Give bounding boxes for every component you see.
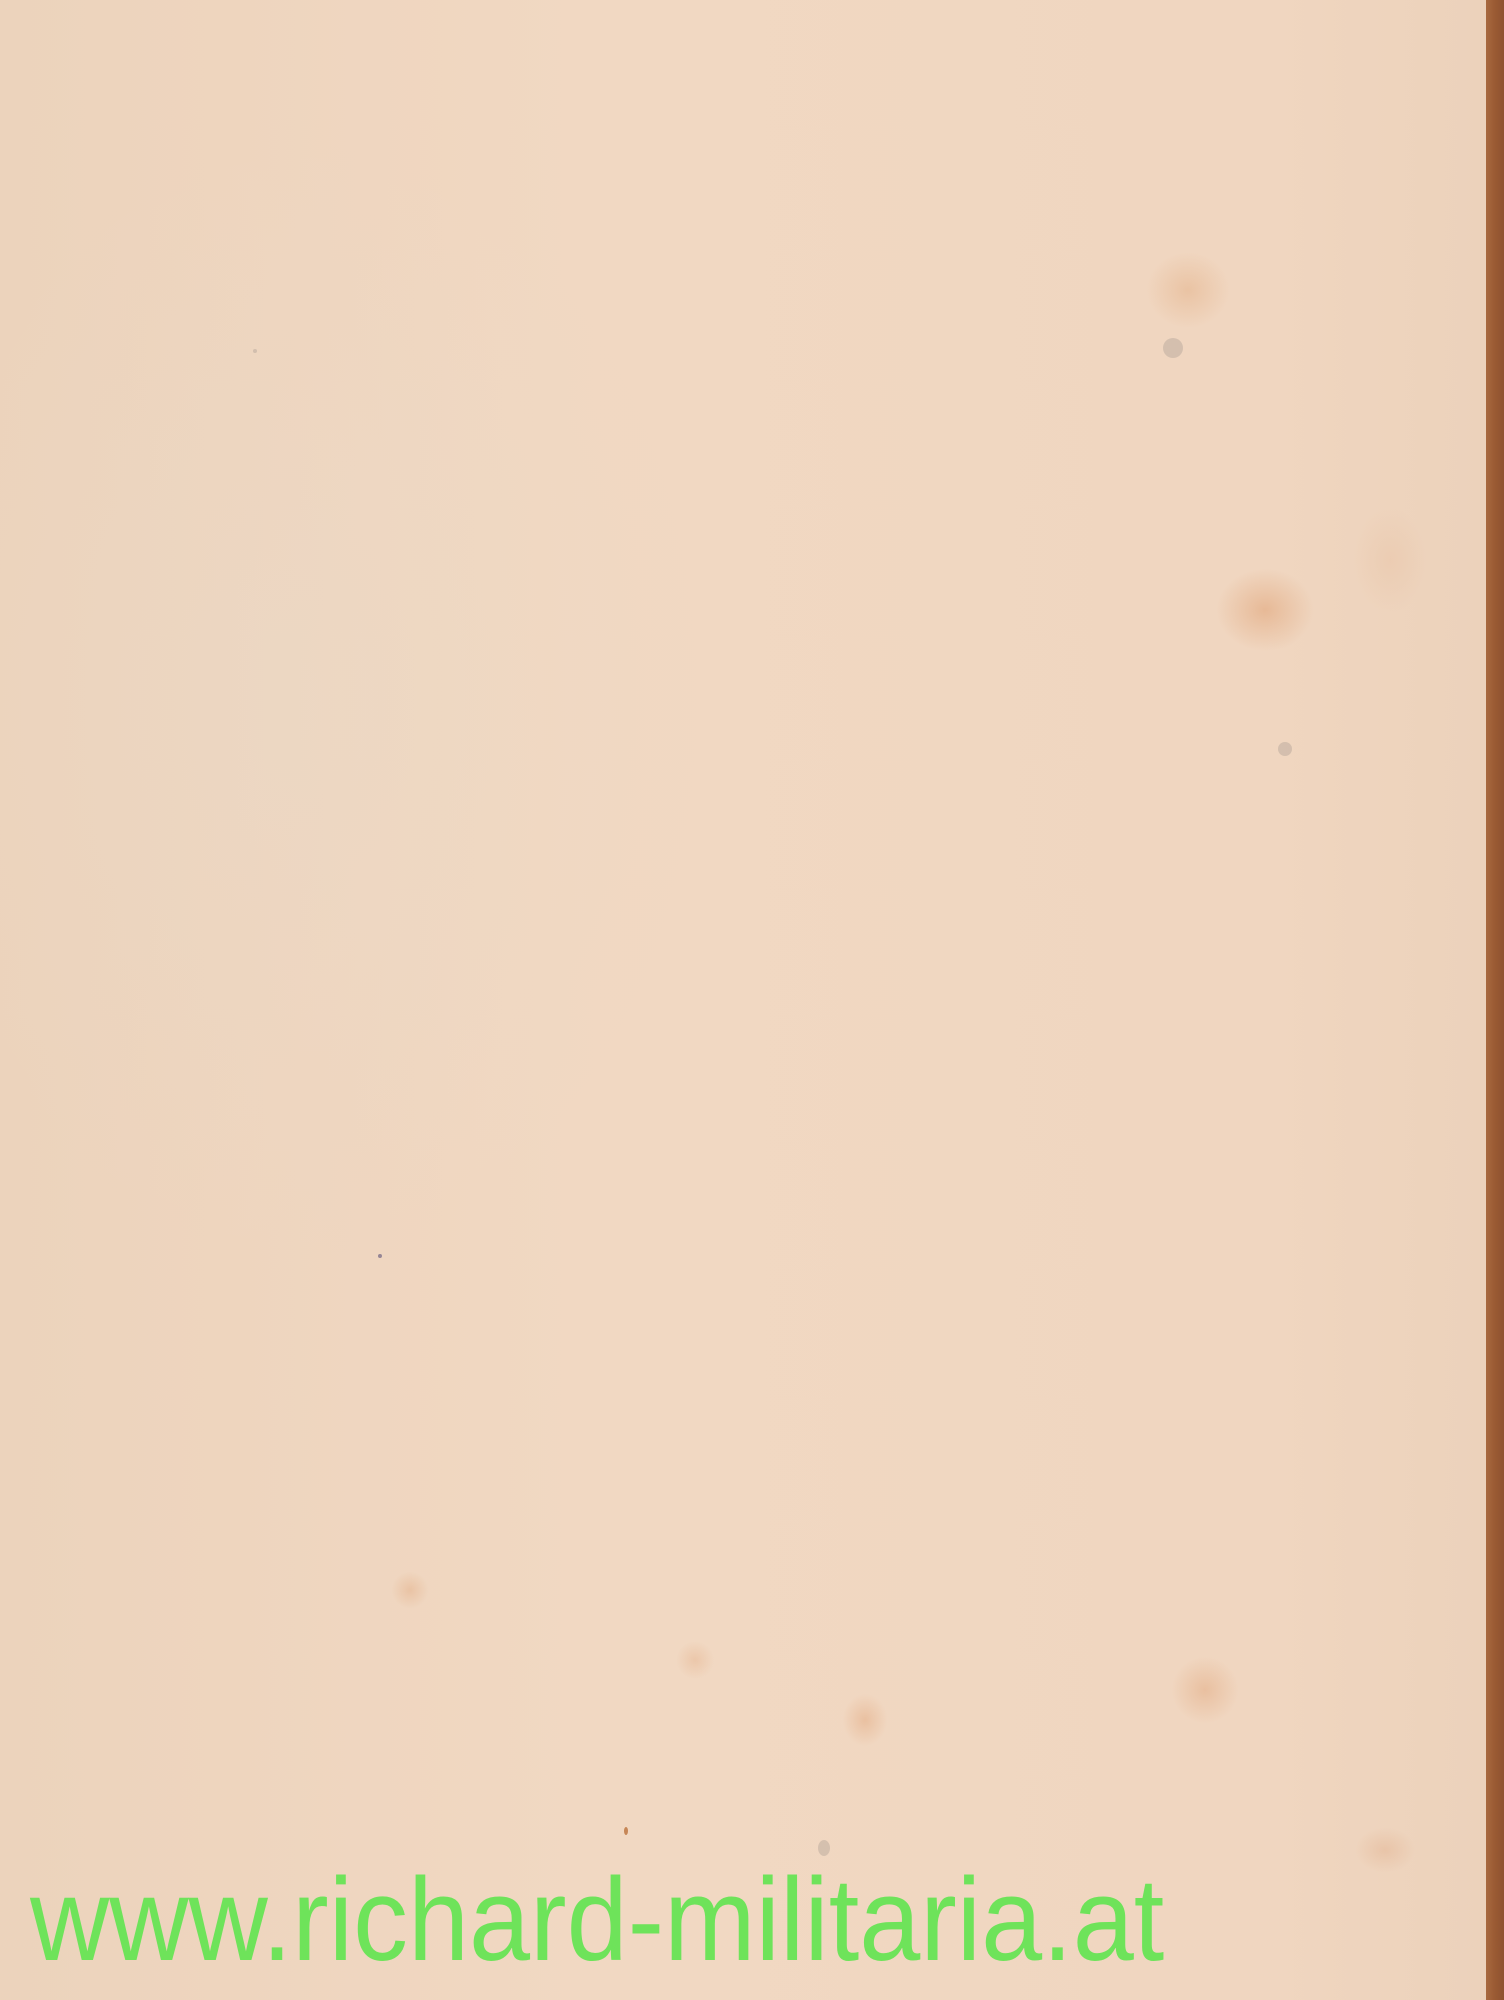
scanned-page: www.richard-militaria.at (0, 0, 1504, 2000)
paper-spot (253, 349, 257, 353)
paper-spot (1163, 338, 1183, 358)
paper-spot (378, 1254, 382, 1258)
paper-spot (624, 1827, 628, 1835)
blank-paper-page (0, 0, 1486, 2000)
paper-spot (1278, 742, 1292, 756)
watermark-url: www.richard-militaria.at (30, 1850, 1369, 1990)
page-edge-strip (1486, 0, 1504, 2000)
